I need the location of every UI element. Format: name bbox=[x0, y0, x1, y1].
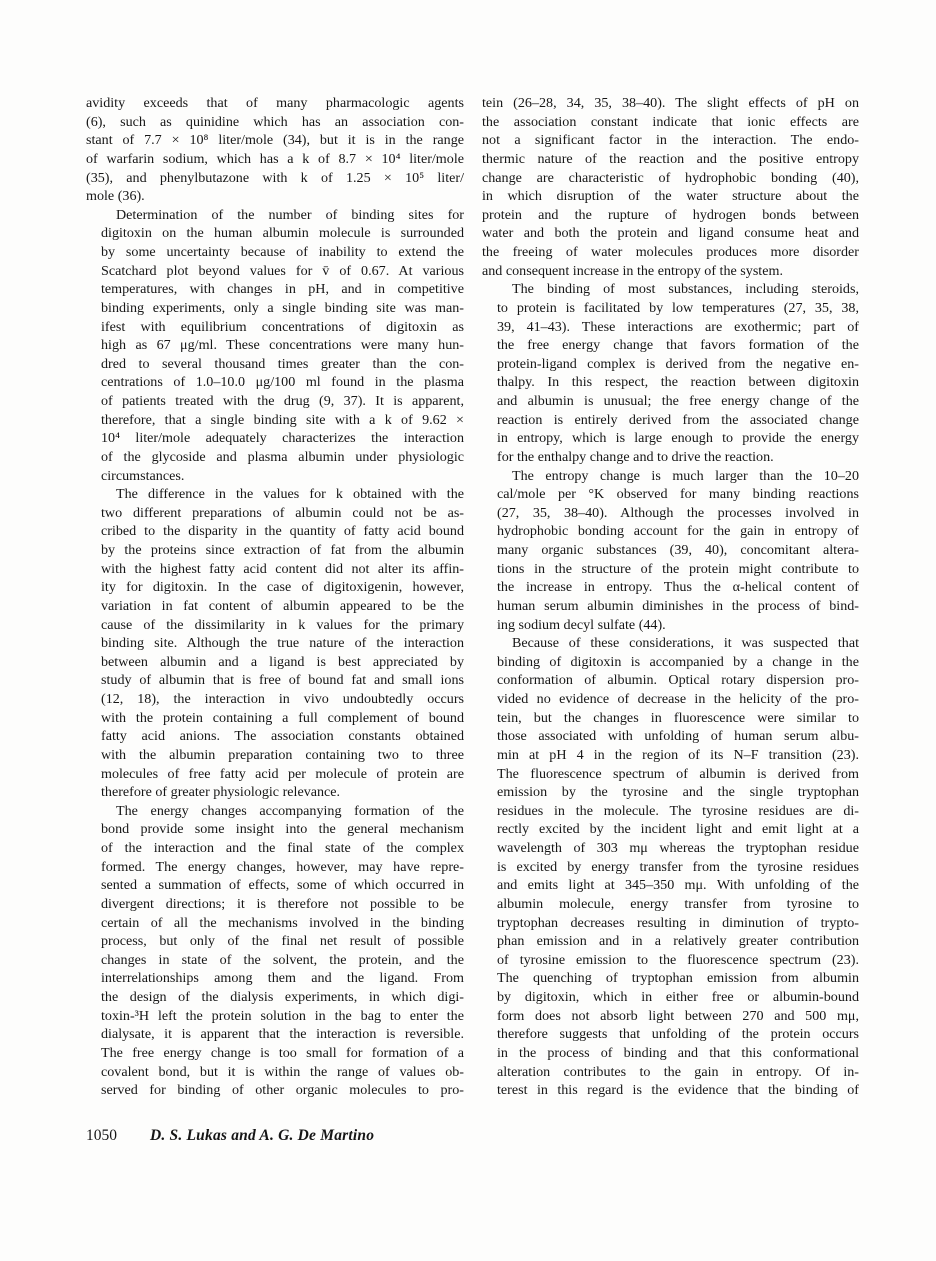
text-line: Because of these considerations, it was … bbox=[482, 634, 859, 653]
paragraph: Because of these considerations, it was … bbox=[482, 634, 859, 1100]
text-line: therefore suggests that unfolding of the… bbox=[482, 1025, 859, 1044]
text-line: process, but only of the final net resul… bbox=[86, 932, 464, 951]
text-line: by the proteins since extraction of fat … bbox=[86, 541, 464, 560]
text-line: tions in the structure of the protein mi… bbox=[482, 560, 859, 579]
text-line: protein-ligand complex is derived from t… bbox=[482, 355, 859, 374]
text-line: avidity exceeds that of many pharmacolog… bbox=[86, 94, 464, 113]
text-line: between albumin and a ligand is best app… bbox=[86, 653, 464, 672]
text-line: alteration contributes to the gain in en… bbox=[482, 1063, 859, 1082]
text-line: of the glycoside and plasma albumin unde… bbox=[86, 448, 464, 467]
text-line: the free energy change that favors forma… bbox=[482, 336, 859, 355]
text-line: The free energy change is too small for … bbox=[86, 1044, 464, 1063]
left-column: avidity exceeds that of many pharmacolog… bbox=[86, 94, 464, 1100]
text-line: The binding of most substances, includin… bbox=[482, 280, 859, 299]
page-footer: 1050D. S. Lukas and A. G. De Martino bbox=[86, 1126, 374, 1146]
text-line: to protein is facilitated by low tempera… bbox=[482, 299, 859, 318]
text-line: Determination of the number of binding s… bbox=[86, 206, 464, 225]
text-line: therefore of greater physiologic relevan… bbox=[86, 783, 464, 802]
text-line: of tyrosine emission to the fluorescence… bbox=[482, 951, 859, 970]
text-line: (6), such as quinidine which has an asso… bbox=[86, 113, 464, 132]
text-line: binding site. Although the true nature o… bbox=[86, 634, 464, 653]
text-line: interrelationships among them and the li… bbox=[86, 969, 464, 988]
text-line: with the albumin preparation containing … bbox=[86, 746, 464, 765]
text-line: residues in the molecule. The tyrosine r… bbox=[482, 802, 859, 821]
text-line: divergent directions; it is therefore no… bbox=[86, 895, 464, 914]
paragraph: The energy changes accompanying formatio… bbox=[86, 802, 464, 1100]
text-line: The difference in the values for k obtai… bbox=[86, 485, 464, 504]
text-line: mole (36). bbox=[86, 187, 464, 206]
text-line: emission by the tyrosine and the single … bbox=[482, 783, 859, 802]
text-line: human serum albumin diminishes in the pr… bbox=[482, 597, 859, 616]
text-line: changes in state of the solvent, the pro… bbox=[86, 951, 464, 970]
text-line: tryptophan decreases resulting in diminu… bbox=[482, 914, 859, 933]
text-line: many organic substances (39, 40), concom… bbox=[482, 541, 859, 560]
text-line: tein, but the changes in fluorescence we… bbox=[482, 709, 859, 728]
text-line: ing sodium decyl sulfate (44). bbox=[482, 616, 859, 635]
text-line: variation in fat content of albumin appe… bbox=[86, 597, 464, 616]
paragraph: The binding of most substances, includin… bbox=[482, 280, 859, 466]
text-line: with the highest fatty acid content did … bbox=[86, 560, 464, 579]
text-line: of the interaction and the final state o… bbox=[86, 839, 464, 858]
text-line: Scatchard plot beyond values for v̄ of 0… bbox=[86, 262, 464, 281]
text-line: wavelength of 303 mμ whereas the tryptop… bbox=[482, 839, 859, 858]
text-line: cribed to the disparity in the quantity … bbox=[86, 522, 464, 541]
text-line: those associated with unfolding of human… bbox=[482, 727, 859, 746]
text-line: covalent bond, but it is within the rang… bbox=[86, 1063, 464, 1082]
text-line: the freeing of water molecules produces … bbox=[482, 243, 859, 262]
text-line: therefore, that a single binding site wi… bbox=[86, 411, 464, 430]
paragraph: The difference in the values for k obtai… bbox=[86, 485, 464, 802]
text-line: change are characteristic of hydrophobic… bbox=[482, 169, 859, 188]
text-line: in which disruption of the water structu… bbox=[482, 187, 859, 206]
text-line: is excited by energy transfer from the t… bbox=[482, 858, 859, 877]
text-line: sented a summation of effects, some of w… bbox=[86, 876, 464, 895]
text-line: (27, 35, 38–40). Although the processes … bbox=[482, 504, 859, 523]
text-line: binding of digitoxin is accompanied by a… bbox=[482, 653, 859, 672]
text-line: centrations of 1.0–10.0 μg/100 ml found … bbox=[86, 373, 464, 392]
text-line: two different preparations of albumin co… bbox=[86, 504, 464, 523]
text-line: ifest with equilibrium concentrations of… bbox=[86, 318, 464, 337]
text-line: circumstances. bbox=[86, 467, 464, 486]
text-line: in entropy, which is large enough to pro… bbox=[482, 429, 859, 448]
text-line: albumin molecule, energy transfer from t… bbox=[482, 895, 859, 914]
text-line: water and both the protein and ligand co… bbox=[482, 224, 859, 243]
text-line: cal/mole per °K observed for many bindin… bbox=[482, 485, 859, 504]
text-line: The entropy change is much larger than t… bbox=[482, 467, 859, 486]
text-line: and albumin is unusual; the free energy … bbox=[482, 392, 859, 411]
text-line: The fluorescence spectrum of albumin is … bbox=[482, 765, 859, 784]
journal-page: avidity exceeds that of many pharmacolog… bbox=[0, 0, 936, 1261]
text-line: (12, 18), the interaction in vivo undoub… bbox=[86, 690, 464, 709]
text-line: dred to several thousand times greater t… bbox=[86, 355, 464, 374]
text-line: form does not absorb light between 270 a… bbox=[482, 1007, 859, 1026]
text-line: with the protein containing a full compl… bbox=[86, 709, 464, 728]
text-line: binding experiments, only a single bindi… bbox=[86, 299, 464, 318]
text-line: for the enthalpy change and to drive the… bbox=[482, 448, 859, 467]
paragraph: tein (26–28, 34, 35, 38–40). The slight … bbox=[482, 94, 859, 280]
right-column: tein (26–28, 34, 35, 38–40). The slight … bbox=[482, 94, 859, 1100]
text-line: cause of the dissimilarity in k values f… bbox=[86, 616, 464, 635]
text-line: study of albumin that is free of bound f… bbox=[86, 671, 464, 690]
text-line: of warfarin sodium, which has a k of 8.7… bbox=[86, 150, 464, 169]
text-line: by some uncertainty because of inability… bbox=[86, 243, 464, 262]
text-line: 39, 41–43). These interactions are exoth… bbox=[482, 318, 859, 337]
text-line: conformation of albumin. Optical rotary … bbox=[482, 671, 859, 690]
text-line: the design of the dialysis experiments, … bbox=[86, 988, 464, 1007]
text-line: ity for digitoxin. In the case of digito… bbox=[86, 578, 464, 597]
running-author-line: D. S. Lukas and A. G. De Martino bbox=[150, 1127, 374, 1144]
text-line: protein and the rupture of hydrogen bond… bbox=[482, 206, 859, 225]
text-line: fatty acid anions. The association const… bbox=[86, 727, 464, 746]
text-line: in the process of binding and that this … bbox=[482, 1044, 859, 1063]
text-line: thermic nature of the reaction and the p… bbox=[482, 150, 859, 169]
text-line: tein (26–28, 34, 35, 38–40). The slight … bbox=[482, 94, 859, 113]
text-line: high as 67 μg/ml. These concentrations w… bbox=[86, 336, 464, 355]
text-line: temperatures, with changes in pH, and in… bbox=[86, 280, 464, 299]
text-line: min at pH 4 in the region of its N–F tra… bbox=[482, 746, 859, 765]
text-line: not a significant factor in the interact… bbox=[482, 131, 859, 150]
text-line: served for binding of other organic mole… bbox=[86, 1081, 464, 1100]
text-line: of patients treated with the drug (9, 37… bbox=[86, 392, 464, 411]
text-line: terest in this regard is the evidence th… bbox=[482, 1081, 859, 1100]
text-line: digitoxin on the human albumin molecule … bbox=[86, 224, 464, 243]
text-line: formed. The energy changes, however, may… bbox=[86, 858, 464, 877]
text-line: and emits light at 345–350 mμ. With unfo… bbox=[482, 876, 859, 895]
text-line: the increase in entropy. Thus the α-heli… bbox=[482, 578, 859, 597]
text-line: and consequent increase in the entropy o… bbox=[482, 262, 859, 281]
page-number: 1050 bbox=[86, 1126, 150, 1146]
text-line: by digitoxin, which in either free or al… bbox=[482, 988, 859, 1007]
text-line: phan emission and in a relatively greate… bbox=[482, 932, 859, 951]
text-line: the association constant indicate that i… bbox=[482, 113, 859, 132]
text-line: certain of all the mechanisms involved i… bbox=[86, 914, 464, 933]
text-line: hydrophobic bonding account for the gain… bbox=[482, 522, 859, 541]
text-line: stant of 7.7 × 10⁸ liter/mole (34), but … bbox=[86, 131, 464, 150]
paragraph: avidity exceeds that of many pharmacolog… bbox=[86, 94, 464, 206]
text-line: reaction is entirely derived from the as… bbox=[482, 411, 859, 430]
text-line: (35), and phenylbutazone with k of 1.25 … bbox=[86, 169, 464, 188]
text-line: 10⁴ liter/mole adequately characterizes … bbox=[86, 429, 464, 448]
text-line: bond provide some insight into the gener… bbox=[86, 820, 464, 839]
text-line: dialysate, it is apparent that the inter… bbox=[86, 1025, 464, 1044]
paragraph: Determination of the number of binding s… bbox=[86, 206, 464, 485]
text-line: The quenching of tryptophan emission fro… bbox=[482, 969, 859, 988]
text-line: molecules of free fatty acid per molecul… bbox=[86, 765, 464, 784]
text-line: toxin-³H left the protein solution in th… bbox=[86, 1007, 464, 1026]
text-line: rectly excited by the incident light and… bbox=[482, 820, 859, 839]
text-line: The energy changes accompanying formatio… bbox=[86, 802, 464, 821]
paragraph: The entropy change is much larger than t… bbox=[482, 467, 859, 635]
text-line: vided no evidence of decrease in the hel… bbox=[482, 690, 859, 709]
text-line: thalpy. In this respect, the reaction be… bbox=[482, 373, 859, 392]
